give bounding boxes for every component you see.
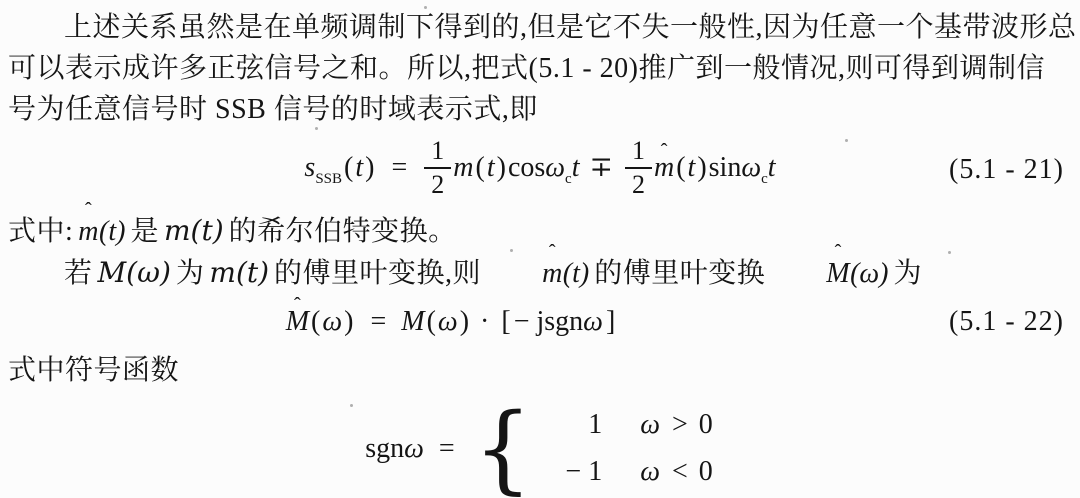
case-condition: < 0 xyxy=(672,456,715,488)
math-var-omega: ω xyxy=(545,152,565,183)
math-var-m: m xyxy=(453,152,473,183)
paren: ( xyxy=(674,152,687,183)
case-value: − 1 xyxy=(540,456,602,488)
fourier-transform-expression: ˆM(ω)=M(ω)·[−jsgnω] xyxy=(286,306,619,338)
sin-function: sin xyxy=(709,152,742,183)
paren: ( xyxy=(425,306,438,337)
paren: ) xyxy=(458,306,471,337)
math-var-omega: ω xyxy=(741,152,761,183)
text-segment: 若 xyxy=(64,258,93,289)
equals-sign: = xyxy=(370,306,386,337)
hat-accent: ˆ xyxy=(779,242,842,262)
cases-rows: 1ω> 0− 1ω< 0 xyxy=(540,409,715,488)
paren: ( xyxy=(474,152,487,183)
fraction-denominator: 2 xyxy=(625,167,652,199)
equation-number-5-1-22: (5.1 - 22) xyxy=(949,306,1064,338)
math-var-s: s xyxy=(304,152,315,183)
scan-speck xyxy=(350,404,353,407)
paren: ( xyxy=(309,306,322,337)
text-segment: 的傅里叶变换 xyxy=(594,258,765,289)
math-subscript-ssb: SSB xyxy=(315,171,342,187)
minus-sign: − xyxy=(514,306,530,337)
math-args: (ω) xyxy=(850,258,888,289)
ssb-time-domain-expression: sSSB(t)=12m(t)cosωct∓12ˆm(t)sinωct xyxy=(304,139,775,200)
math-var-t: t xyxy=(572,152,580,183)
equals-sign: = xyxy=(439,433,455,465)
math-var-M: M xyxy=(401,306,424,337)
minus-plus-sign: ∓ xyxy=(590,152,613,183)
fourier-intro-line: 若M(ω)为m(t)的傅里叶变换,则ˆm(t)的傅里叶变换ˆM(ω)为 xyxy=(0,252,1080,294)
case-condition: > 0 xyxy=(672,409,715,441)
sign-function-label-line: 式中符号函数 xyxy=(0,350,1080,391)
scan-speck xyxy=(424,6,427,9)
math-segment: m(t) xyxy=(164,214,224,247)
math-var-t: t xyxy=(487,152,495,183)
cases-brace: { xyxy=(474,404,533,495)
scan-speck xyxy=(510,249,513,252)
fraction-numerator: 1 xyxy=(424,137,451,166)
fraction-one-half: 12 xyxy=(625,137,652,198)
jsgn-function: jsgn xyxy=(536,306,583,337)
text-segment: 式中: xyxy=(8,216,73,247)
m-hat-variable: ˆm xyxy=(654,152,674,184)
fraction-numerator: 1 xyxy=(625,137,652,166)
hat-accent: ˆ xyxy=(85,200,92,220)
fraction-denominator: 2 xyxy=(424,167,451,199)
math-subscript-c: c xyxy=(761,171,768,187)
paren: ) xyxy=(695,152,708,183)
math-segment: m(t) xyxy=(209,256,269,289)
M-hat-variable: ˆM xyxy=(286,306,309,338)
fraction-one-half: 12 xyxy=(424,137,451,198)
text-segment: 的希尔伯特变换。 xyxy=(229,216,457,247)
intro-line-3: 号为任意信号时 SSB 信号的时域表示式,即 xyxy=(0,89,1080,130)
math-subscript-c: c xyxy=(565,171,572,187)
m-hat-variable: ˆm xyxy=(78,211,99,252)
equals-sign: = xyxy=(391,152,407,183)
paren: ) xyxy=(342,306,355,337)
math-var-omega: ω xyxy=(640,409,660,441)
scan-speck xyxy=(315,127,318,130)
sgn-cases-expression: sgnω={1ω> 0− 1ω< 0 xyxy=(365,405,715,492)
multiplication-dot: · xyxy=(480,306,489,337)
M-hat-variable: ˆM xyxy=(770,253,850,294)
case-row-negative: − 1ω< 0 xyxy=(540,456,715,488)
textbook-page: 上述关系虽然是在单频调制下得到的,但是它不失一般性,因为任意一个基带波形总 可以… xyxy=(0,0,1080,498)
math-args: (t) xyxy=(563,258,589,289)
equation-5-1-21: sSSB(t)=12m(t)cosωct∓12ˆm(t)sinωct (5.1 … xyxy=(0,130,1080,210)
equation-number-5-1-21: (5.1 - 21) xyxy=(949,154,1064,186)
text-segment: 是 xyxy=(130,216,159,247)
scan-speck xyxy=(845,139,848,142)
text-segment: 的傅里叶变换,则 xyxy=(274,258,481,289)
math-var-omega: ω xyxy=(404,433,424,465)
sgn-function: sgn xyxy=(365,433,404,465)
m-hat-variable: ˆm xyxy=(486,253,563,294)
hat-accent: ˆ xyxy=(294,295,301,315)
hat-accent: ˆ xyxy=(661,141,668,161)
math-var-t: t xyxy=(768,152,776,183)
math-var-omega: ω xyxy=(438,306,458,337)
math-segment: M(ω) xyxy=(98,256,171,289)
equation-5-1-22: ˆM(ω)=M(ω)·[−jsgnω] (5.1 - 22) xyxy=(0,294,1080,350)
text-segment: 为 xyxy=(176,258,205,289)
sign-function-definition: sgnω={1ω> 0− 1ω< 0 xyxy=(0,399,1080,498)
case-row-positive: 1ω> 0 xyxy=(540,409,715,441)
paren: ) xyxy=(495,152,508,183)
math-var-t: t xyxy=(355,152,363,183)
bracket: ] xyxy=(603,306,618,337)
math-var-omega: ω xyxy=(583,306,603,337)
math-args: (t) xyxy=(99,216,125,247)
math-var-omega: ω xyxy=(322,306,342,337)
case-value: 1 xyxy=(540,409,602,441)
hat-accent: ˆ xyxy=(493,242,556,262)
cos-function: cos xyxy=(508,152,545,183)
paren: ( xyxy=(342,152,355,183)
bracket: [ xyxy=(498,306,513,337)
text-segment: 为 xyxy=(894,258,923,289)
math-var-omega: ω xyxy=(640,456,660,488)
paren: ) xyxy=(363,152,376,183)
intro-line-1: 上述关系虽然是在单频调制下得到的,但是它不失一般性,因为任意一个基带波形总 xyxy=(0,7,1080,48)
scan-speck xyxy=(948,251,951,254)
intro-line-2: 可以表示成许多正弦信号之和。所以,把式(5.1 - 20)推广到一般情况,则可得… xyxy=(0,48,1080,89)
